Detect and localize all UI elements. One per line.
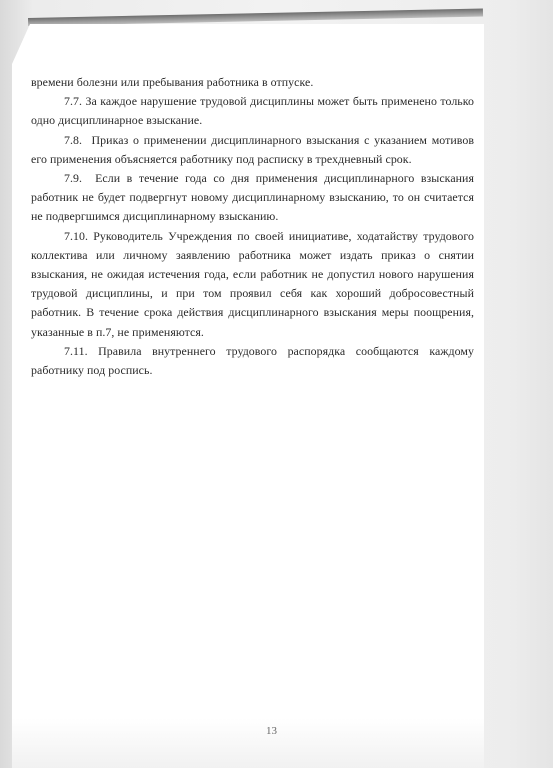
- document-body: времени болезни или пребывания работника…: [31, 73, 474, 380]
- paragraph-number: 7.10.: [64, 229, 88, 243]
- paragraph-text: Приказ о применении дисциплинарного взыс…: [31, 133, 474, 166]
- paragraph-number: 7.8.: [64, 133, 82, 147]
- paragraph-7-11: 7.11. Правила внутреннего трудового расп…: [31, 342, 474, 380]
- paragraph-text: времени болезни или пребывания работника…: [31, 75, 313, 89]
- paragraph-text: Если в течение года со дня применения ди…: [31, 171, 474, 223]
- page-edge-shadow: [28, 8, 483, 26]
- paragraph-text: Руководитель Учреждения по своей инициат…: [31, 229, 474, 339]
- paragraph-7-9: 7.9. Если в течение года со дня применен…: [31, 169, 474, 227]
- page-number: 13: [266, 725, 277, 737]
- paragraph-7-8: 7.8. Приказ о применении дисциплинарного…: [31, 131, 474, 169]
- paragraph-text: За каждое нарушение трудовой дисциплины …: [31, 94, 474, 127]
- page-bottom-fade: [12, 718, 484, 768]
- paragraph-7-10: 7.10. Руководитель Учреждения по своей и…: [31, 227, 474, 342]
- paragraph-number: 7.9.: [64, 171, 82, 185]
- paragraph-continuation: времени болезни или пребывания работника…: [31, 73, 474, 92]
- paragraph-text: Правила внутреннего трудового распорядка…: [31, 344, 474, 377]
- paragraph-number: 7.7.: [64, 94, 82, 108]
- paragraph-number: 7.11.: [64, 344, 88, 358]
- paragraph-7-7: 7.7. За каждое нарушение трудовой дисцип…: [31, 92, 474, 130]
